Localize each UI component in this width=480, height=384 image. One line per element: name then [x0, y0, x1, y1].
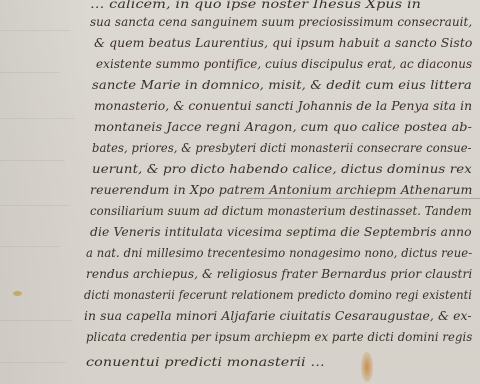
text-line: rendus archiepus, & religiosus frater Be…	[86, 266, 472, 281]
text-line: bates, priores, & presbyteri dicti monas…	[92, 140, 472, 155]
text-line: & quem beatus Laurentius, qui ipsum habu…	[94, 35, 472, 50]
bleed-through-line	[0, 118, 75, 119]
text-line: … calicem, in quo ipse noster Ihesus Xpu…	[90, 0, 421, 11]
text-line: uerunt, & pro dicto habendo calice, dict…	[92, 161, 472, 176]
bleed-through-line	[0, 246, 60, 247]
bleed-through-line	[0, 362, 66, 363]
text-line: montaneis Jacce regni Aragon, cum quo ca…	[94, 119, 472, 134]
text-line: a nat. dni millesimo trecentesimo nonage…	[86, 245, 472, 260]
text-line: conuentui predicti monasterii …	[86, 354, 325, 369]
bleed-through-line	[0, 160, 65, 161]
text-line: die Veneris intitulata vicesima septima …	[90, 224, 472, 239]
text-line: consiliarium suum ad dictum monasterium …	[90, 203, 472, 218]
bleed-through-line	[0, 320, 72, 321]
text-line: sua sancta cena sanguinem suum preciosis…	[90, 14, 472, 29]
bleed-through-line	[0, 205, 70, 206]
ink-spot	[13, 291, 22, 296]
text-line: existente summo pontifice, cuius discipu…	[96, 56, 472, 71]
text-line: dicti monasterii fecerunt relationem pre…	[84, 287, 472, 302]
text-line: monasterio, & conuentui sancti Johannis …	[94, 98, 472, 113]
manuscript-page: … calicem, in quo ipse noster Ihesus Xpu…	[0, 0, 480, 384]
text-line: in sua capella minori Aljafarie ciuitati…	[84, 308, 472, 323]
bleed-through-line	[0, 72, 60, 73]
text-line: plicata credentia per ipsum archiepm ex …	[86, 329, 472, 344]
text-line: sancte Marie in domnico, misit, & dedit …	[92, 77, 472, 92]
water-stain	[361, 352, 373, 382]
bleed-through-line	[0, 30, 70, 31]
paper-crease	[240, 198, 480, 199]
text-line: reuerendum in Xpo patrem Antonium archie…	[90, 182, 472, 197]
